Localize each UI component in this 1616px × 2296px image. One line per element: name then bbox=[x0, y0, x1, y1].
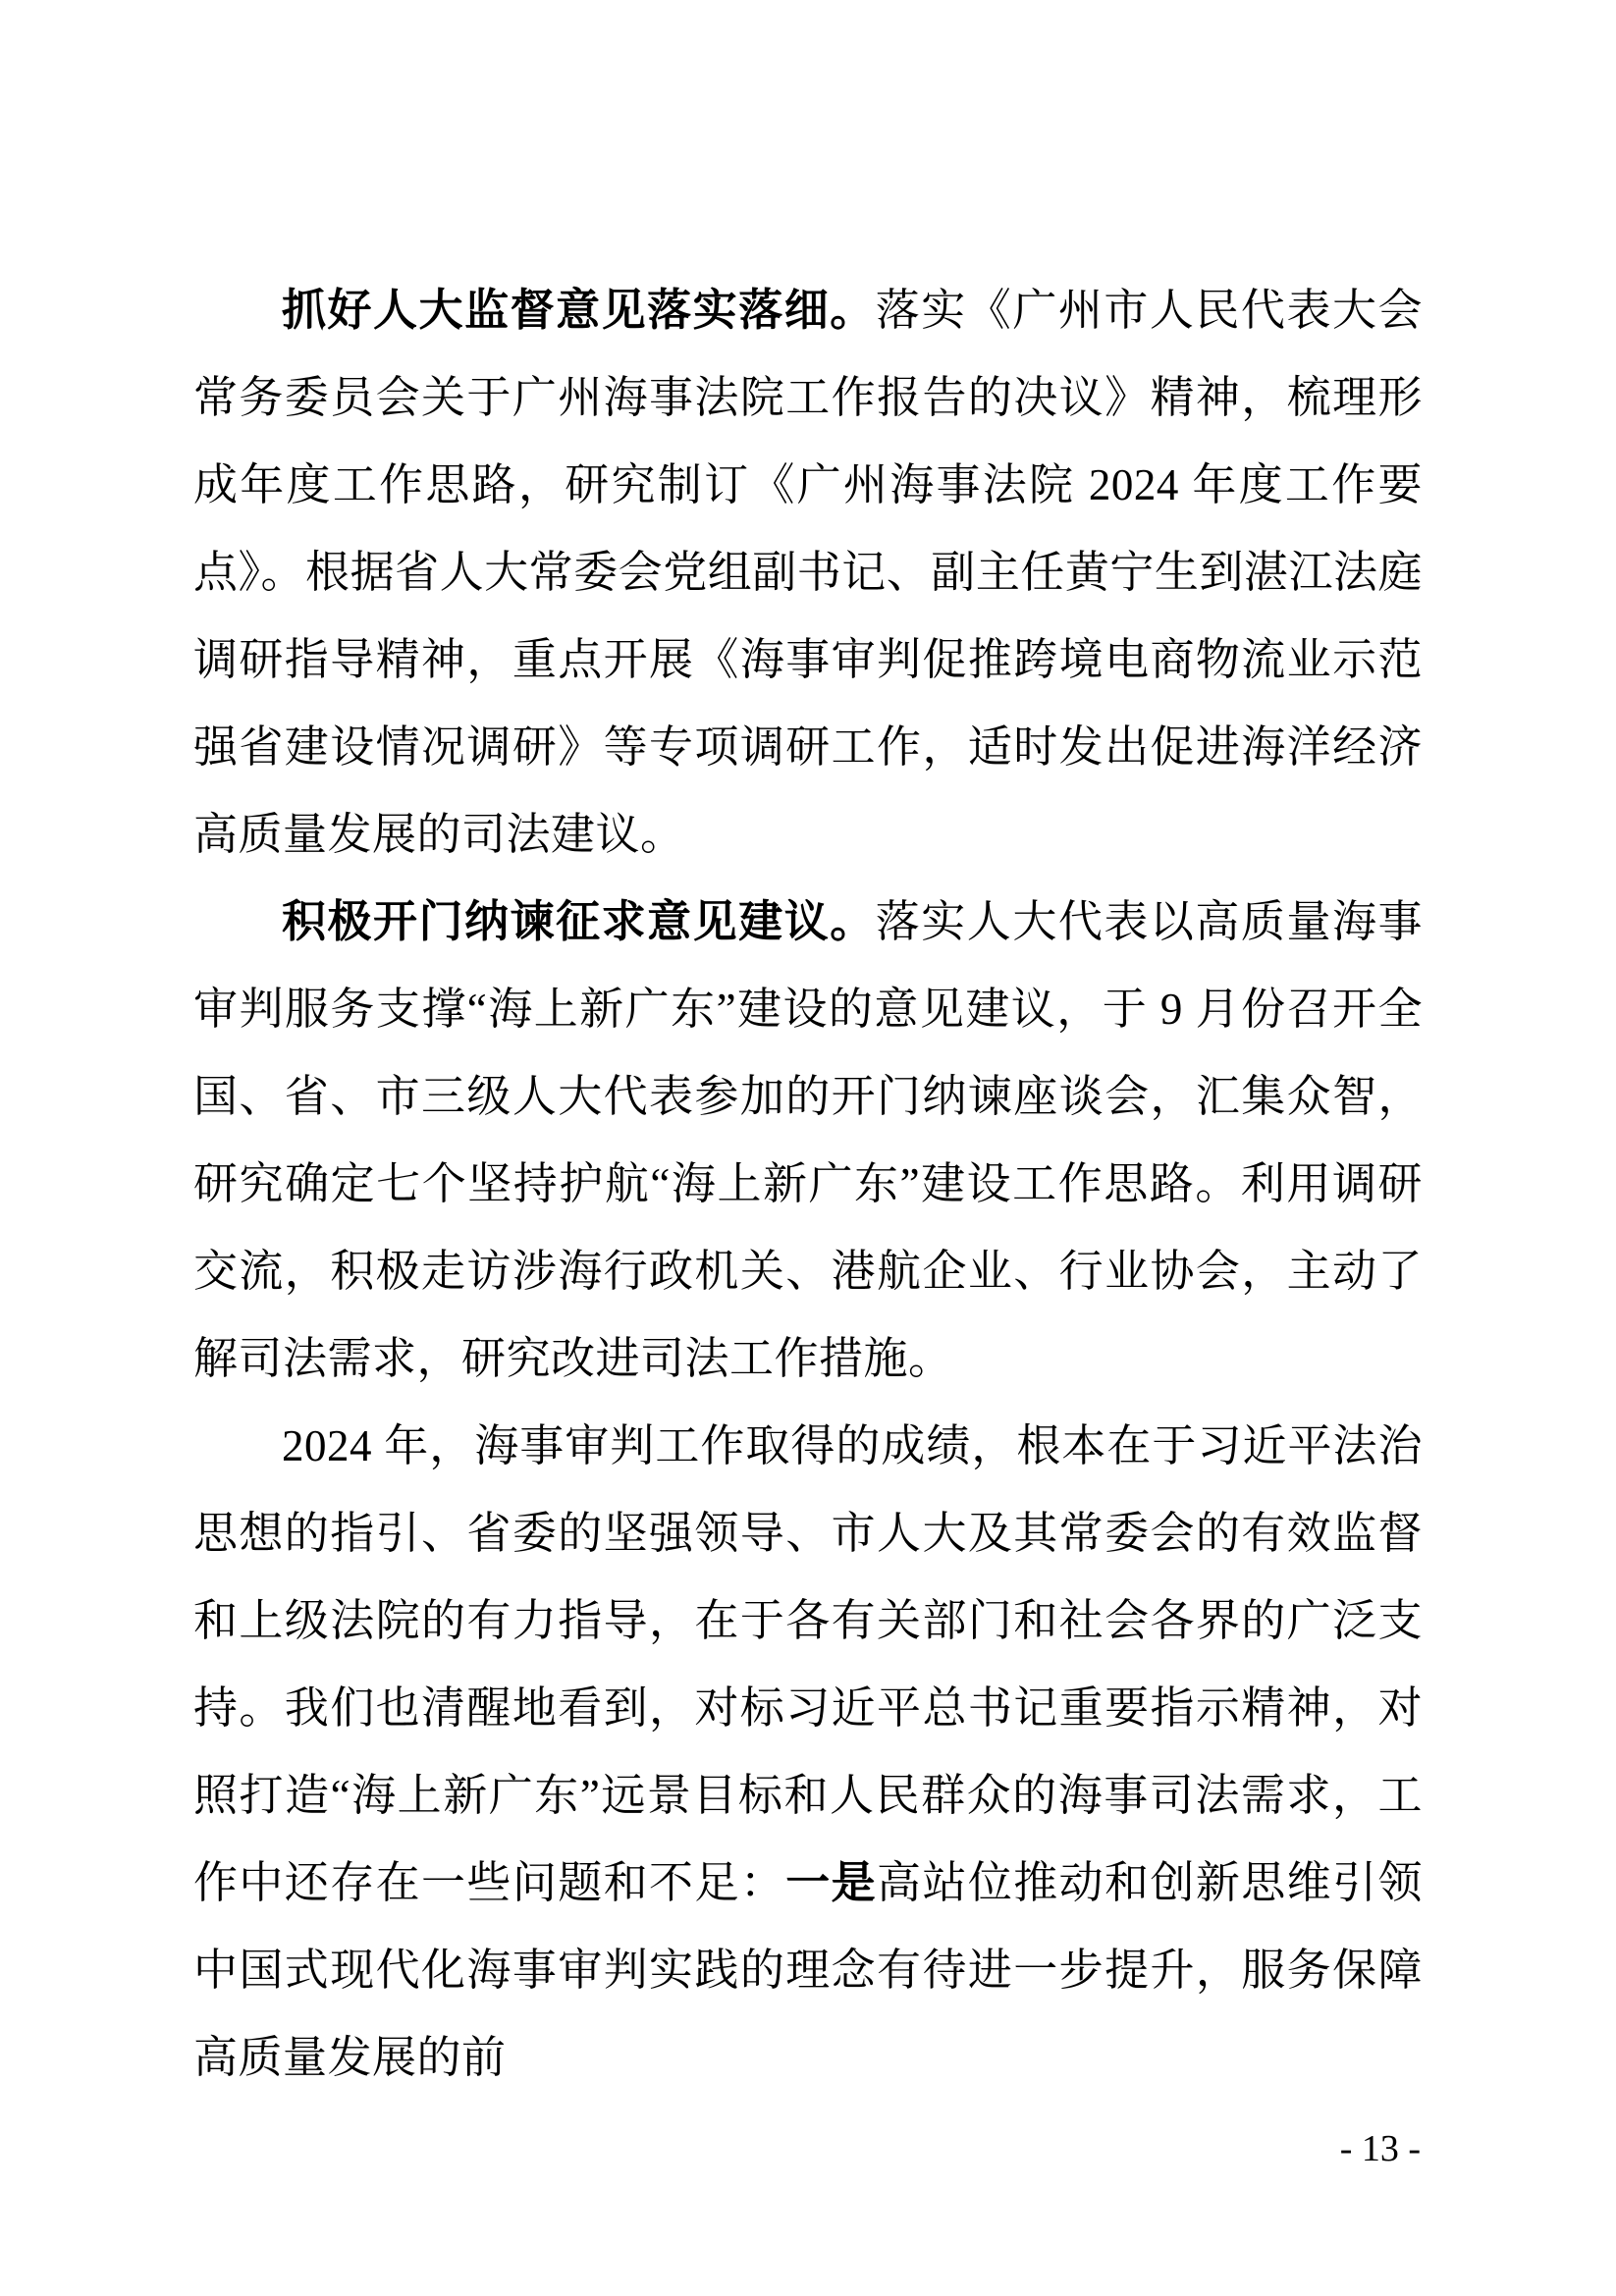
paragraph-2-text: 落实人大代表以高质量海事审判服务支撑“海上新广东”建设的意见建议，于 9 月份召… bbox=[193, 897, 1423, 1383]
document-page: 抓好人大监督意见落实落细。落实《广州市人民代表大会常务委员会关于广州海事法院工作… bbox=[0, 0, 1616, 2296]
paragraph-3-text-before: 2024 年，海事审判工作取得的成绩，根本在于习近平法治思想的指引、省委的坚强领… bbox=[193, 1421, 1423, 1907]
paragraph-3-bold-marker: 一是 bbox=[785, 1858, 877, 1907]
page-number: - 13 - bbox=[1340, 2128, 1421, 2169]
paragraph-supervision-implementation: 抓好人大监督意见落实落细。落实《广州市人民代表大会常务委员会关于广州海事法院工作… bbox=[193, 267, 1423, 879]
paragraph-1-bold-lead: 抓好人大监督意见落实落细。 bbox=[282, 286, 876, 335]
paragraph-2-bold-lead: 积极开门纳谏征求意见建议。 bbox=[282, 897, 876, 946]
paragraph-2024-summary: 2024 年，海事审判工作取得的成绩，根本在于习近平法治思想的指引、省委的坚强领… bbox=[193, 1403, 1423, 2102]
document-body: 抓好人大监督意见落实落细。落实《广州市人民代表大会常务委员会关于广州海事法院工作… bbox=[193, 267, 1423, 2102]
paragraph-1-text: 落实《广州市人民代表大会常务委员会关于广州海事法院工作报告的决议》精神，梳理形成… bbox=[193, 286, 1423, 859]
paragraph-soliciting-opinions: 积极开门纳谏征求意见建议。落实人大代表以高质量海事审判服务支撑“海上新广东”建设… bbox=[193, 879, 1423, 1403]
